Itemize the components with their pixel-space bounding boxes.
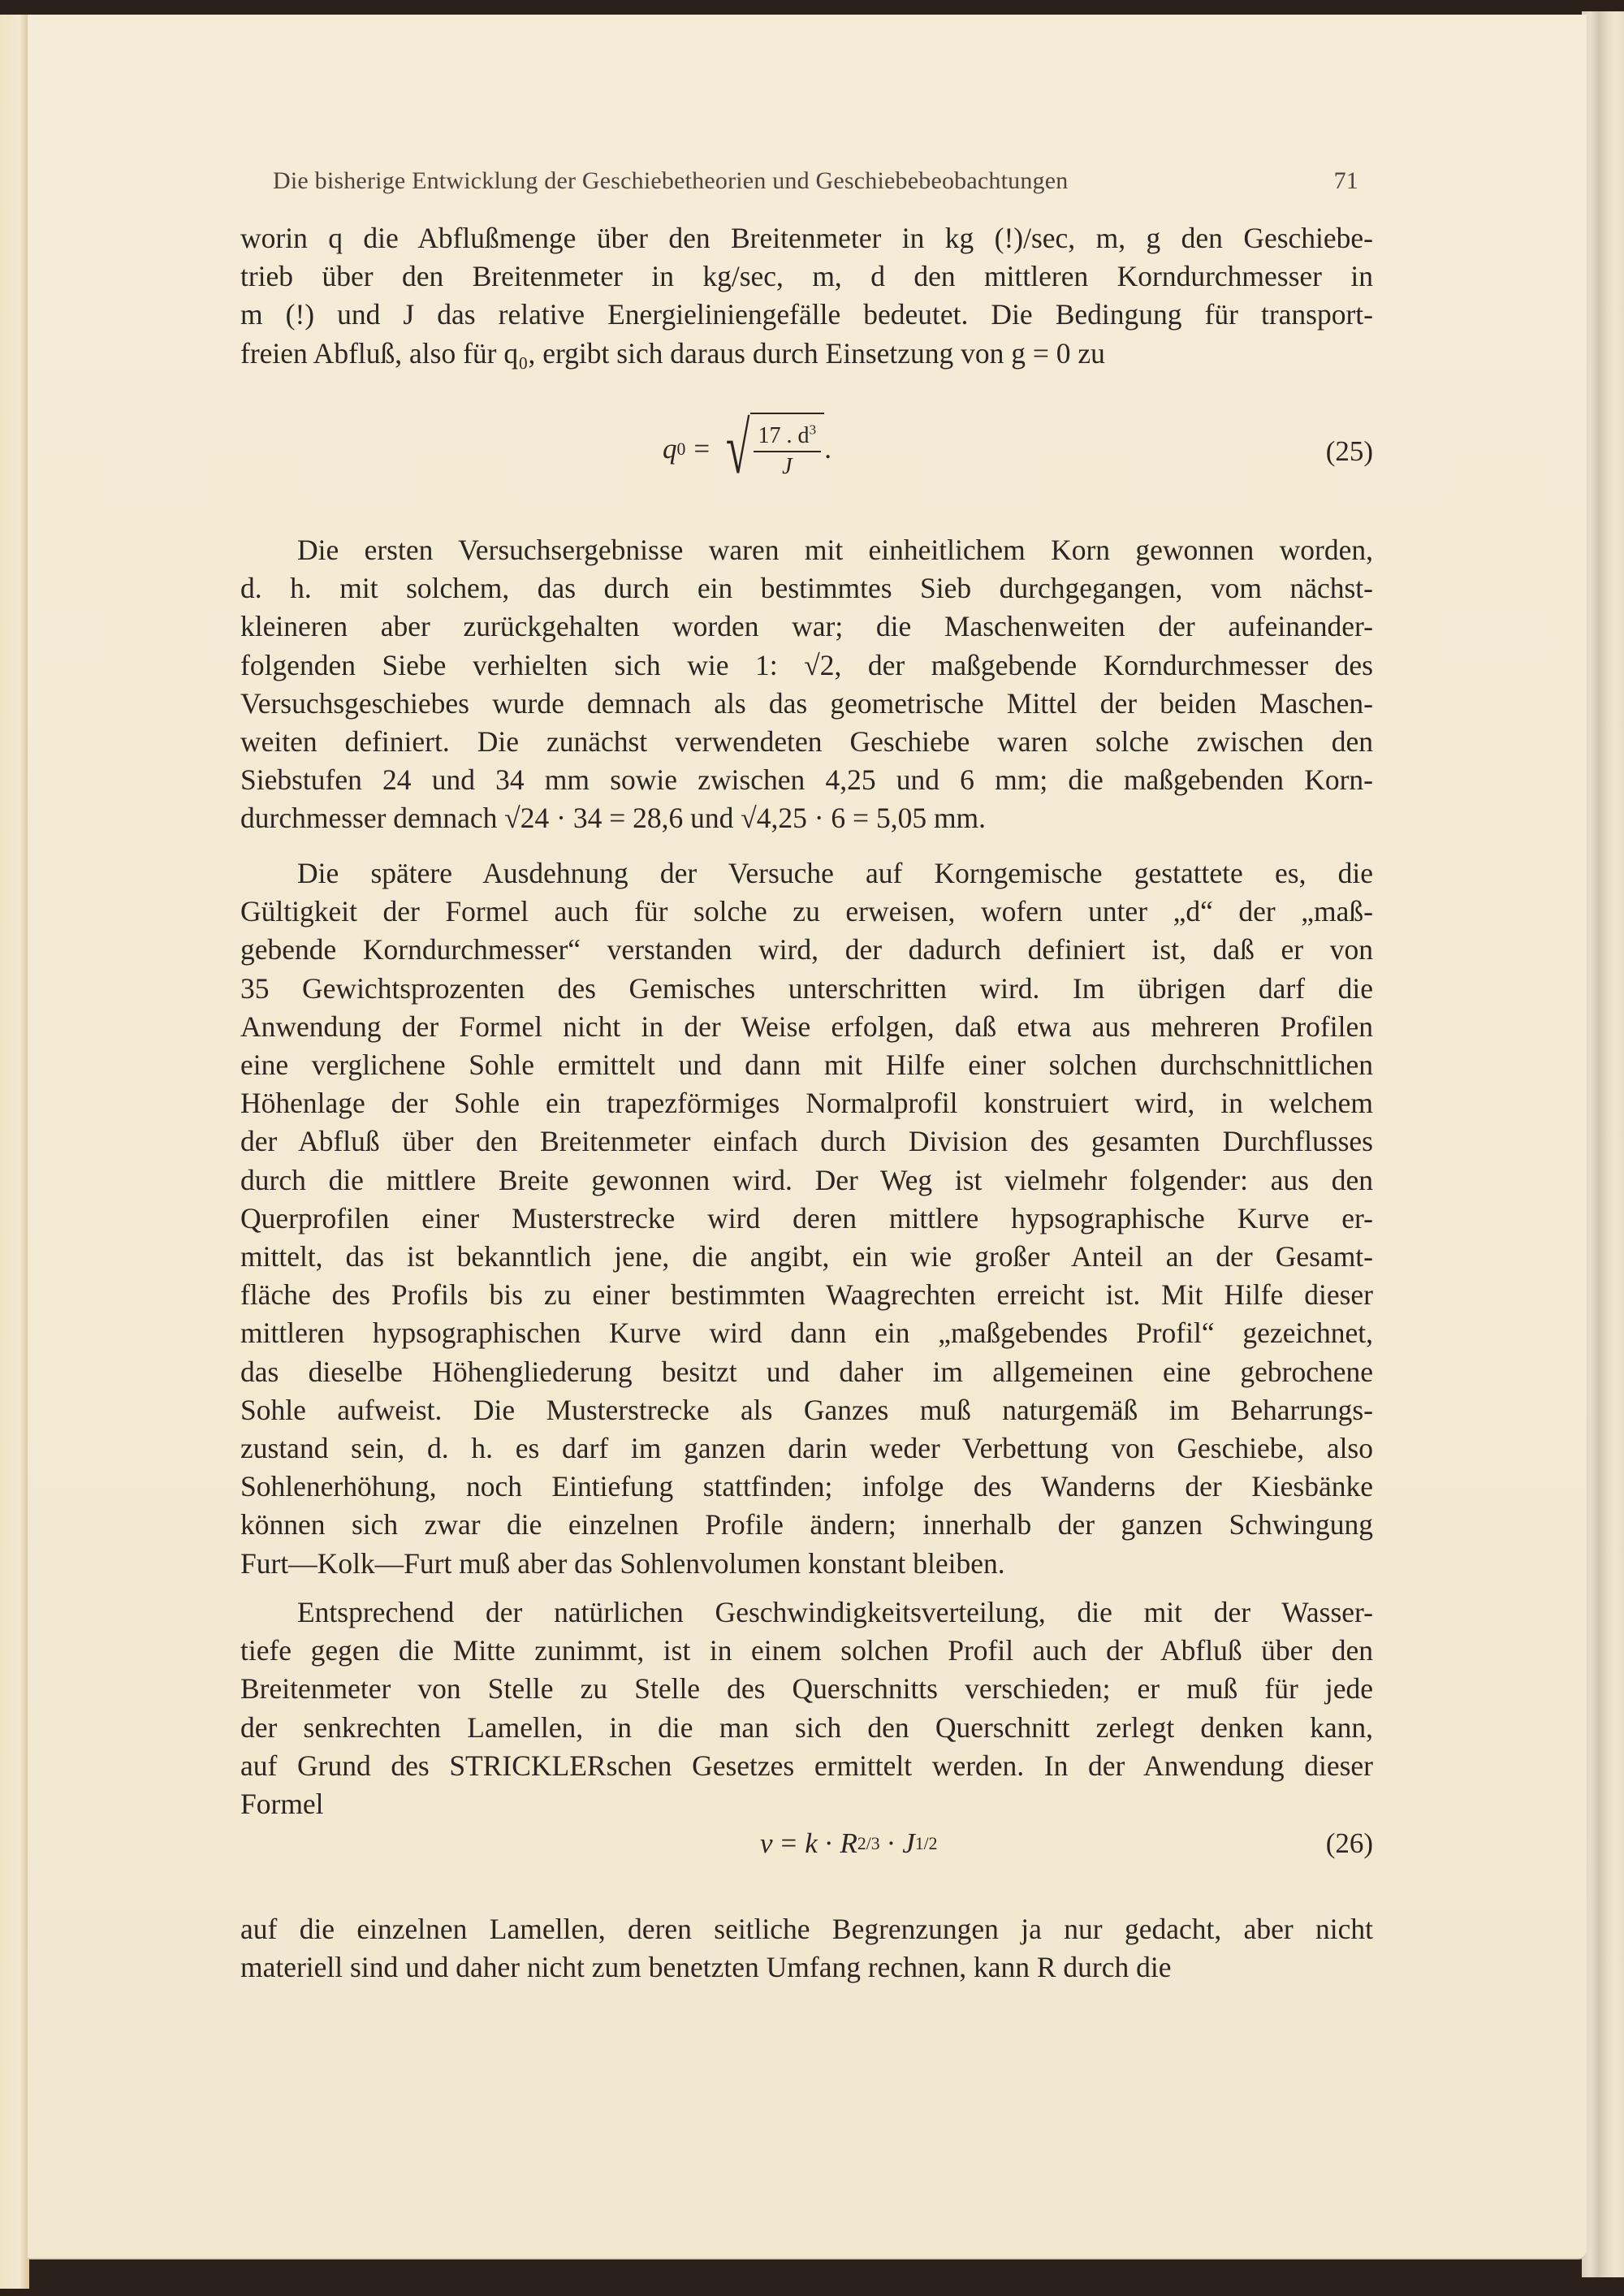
text-line: Entsprechend der natürlichen Geschwindig… (240, 1593, 1373, 1632)
numerator-text: 17 . d (758, 423, 810, 448)
eq-v: v (760, 1827, 773, 1860)
text-line: Die spätere Ausdehnung der Versuche auf … (240, 854, 1373, 893)
text-line: materiell sind und daher nicht zum benet… (240, 1948, 1373, 1987)
text-line: fläche des Profils bis zu einer bestimmt… (240, 1276, 1373, 1314)
text-line: kleineren aber zurückgehalten worden war… (240, 608, 1373, 646)
paragraph-2: Die ersten Versuchsergebnisse waren mit … (240, 531, 1373, 838)
running-title: Die bisherige Entwicklung der Geschiebet… (273, 167, 1068, 195)
equation-26-body: v = k · R2/3 · J1/2 (760, 1827, 938, 1860)
eq-dot: · (887, 1827, 896, 1860)
text-line: worin q die Abflußmenge über den Breiten… (240, 219, 1373, 257)
text-line: tiefe gegen die Mitte zunimmt, ist in ei… (240, 1632, 1373, 1670)
text-line: Höhenlage der Sohle ein trapezförmiges N… (240, 1084, 1373, 1122)
text-line: mittelt, das ist bekanntlich jene, die a… (240, 1238, 1373, 1276)
eq-equals: = (781, 1827, 797, 1860)
text-line: mittleren hypsographischen Kurve wird da… (240, 1314, 1373, 1352)
text-line: Sohlenerhöhung, noch Eintiefung stattfin… (240, 1468, 1373, 1506)
text-line: folgenden Siebe verhielten sich wie 1: √… (240, 646, 1373, 685)
text-line: eine verglichene Sohle ermittelt und dan… (240, 1046, 1373, 1084)
eq-k: k (805, 1827, 818, 1860)
text-line: gebende Korndurchmesser“ verstanden wird… (240, 931, 1373, 969)
text-line: zustand sein, d. h. es darf im ganzen da… (240, 1429, 1373, 1468)
running-head: Die bisherige Entwicklung der Geschiebet… (273, 167, 1373, 195)
paragraph-4: Entsprechend der natürlichen Geschwindig… (240, 1593, 1373, 1823)
eq-J: J (902, 1827, 915, 1860)
text-line: Furt—Kolk—Furt muß aber das Sohlenvolume… (240, 1545, 1373, 1583)
paragraph-3: Die spätere Ausdehnung der Versuche auf … (240, 854, 1373, 1583)
eq-R: R (840, 1827, 857, 1860)
eq-equals: = (693, 433, 710, 465)
page-stack-edge (1582, 11, 1624, 2277)
text-line: Querprofilen einer Musterstrecke wird de… (240, 1200, 1373, 1238)
text-line: das dieselbe Höhengliederung besitzt und… (240, 1353, 1373, 1391)
text-line: der Abfluß über den Breitenmeter einfach… (240, 1122, 1373, 1161)
equation-number: (26) (1326, 1827, 1373, 1860)
text-line: durch die mittlere Breite gewonnen wird.… (240, 1161, 1373, 1200)
text-line: Breitenmeter von Stelle zu Stelle des Qu… (240, 1670, 1373, 1708)
equation-25-body: q0 = √ 17 . d3 J . (663, 413, 831, 486)
text-line: trieb über den Breitenmeter in kg/sec, m… (240, 257, 1373, 296)
paragraph-1: worin q die Abflußmenge über den Breiten… (240, 219, 1373, 373)
text-line: auf Grund des STRICKLERschen Gesetzes er… (240, 1747, 1373, 1785)
text-line: der senkrechten Lamellen, in die man sic… (240, 1709, 1373, 1747)
fraction-numerator: 17 . d3 (754, 423, 822, 452)
eq-trailing-period: . (824, 433, 831, 465)
fraction: 17 . d3 J (754, 423, 822, 480)
text-line: Sohle aufweist. Die Musterstrecke als Ga… (240, 1391, 1373, 1429)
text-line: Die ersten Versuchsergebnisse waren mit … (240, 531, 1373, 569)
text-line: Formel (240, 1785, 1373, 1823)
page-number: 71 (1334, 167, 1373, 195)
radical-sign-icon: √ (726, 413, 750, 486)
text-line: freien Abfluß, also für q₀, ergibt sich … (240, 335, 1373, 373)
text-line: Versuchsgeschiebes wurde demnach als das… (240, 685, 1373, 723)
text-line: Gültigkeit der Formel auch für solche zu… (240, 893, 1373, 931)
text-line: auf die einzelnen Lamellen, deren seitli… (240, 1910, 1373, 1948)
eq-lhs: q (663, 433, 677, 465)
fraction-denominator: J (782, 452, 792, 480)
paragraph-5: auf die einzelnen Lamellen, deren seitli… (240, 1910, 1373, 1987)
text-line: Siebstufen 24 und 34 mm sowie zwischen 4… (240, 761, 1373, 799)
text-line: können sich zwar die einzelnen Profile ä… (240, 1506, 1373, 1544)
equation-26: v = k · R2/3 · J1/2 (26) (240, 1827, 1373, 1876)
text-line: 35 Gewichtsprozenten des Gemisches unter… (240, 970, 1373, 1008)
equation-number: (25) (1326, 435, 1373, 468)
text-line: d. h. mit solchem, das durch ein bestimm… (240, 569, 1373, 608)
equation-25: q0 = √ 17 . d3 J . (25) (240, 413, 1373, 502)
left-page-edge (0, 15, 29, 2289)
text-line: m (!) und J das relative Energielinienge… (240, 296, 1373, 334)
radicand: 17 . d3 J (750, 413, 825, 486)
book-page: Die bisherige Entwicklung der Geschiebet… (28, 15, 1587, 2258)
text-line: durchmesser demnach √24 · 34 = 28,6 und … (240, 799, 1373, 837)
eq-dot: · (824, 1827, 834, 1860)
text-line: weiten definiert. Die zunächst verwendet… (240, 723, 1373, 761)
text-line: Anwendung der Formel nicht in der Weise … (240, 1008, 1373, 1046)
numerator-exponent: 3 (810, 422, 817, 438)
square-root: √ 17 . d3 J (718, 413, 824, 486)
